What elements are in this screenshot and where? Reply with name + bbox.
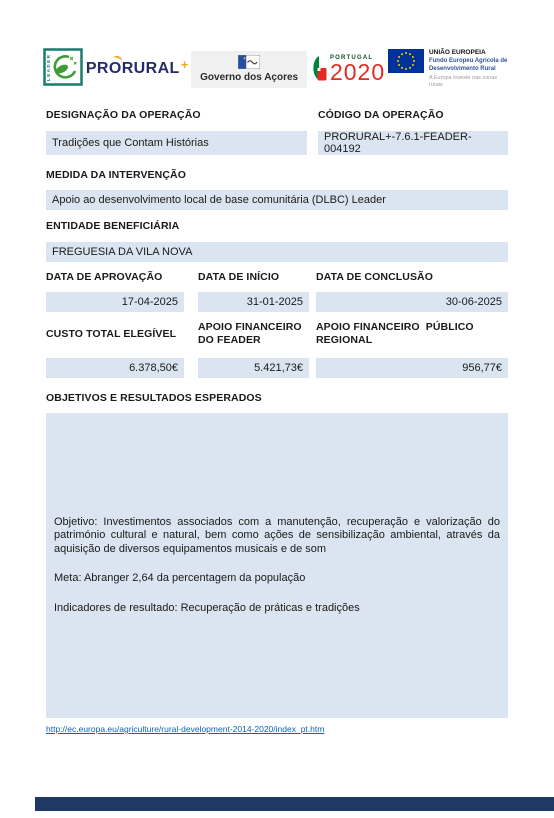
data-aprovacao-label: DATA DE APROVAÇÃO (46, 270, 184, 284)
governo-acores-logo: Governo dos Açores (191, 51, 307, 88)
medida-value: Apoio ao desenvolvimento local de base c… (46, 190, 508, 210)
objetivos-box: Objetivo: Investimentos associados com a… (46, 413, 508, 718)
apoio-feader-value: 5.421,73€ (198, 358, 309, 378)
data-conclusao-value: 30-06-2025 (316, 292, 508, 312)
designacao-value: Tradições que Contam Histórias (46, 131, 307, 155)
document-page: LEADER PRORURAL+ Governo dos Açores (0, 0, 554, 818)
entidade-value: FREGUESIA DA VILA NOVA (46, 242, 508, 262)
portugal-2020-year: 2020 (330, 61, 385, 83)
section-operation: DESIGNAÇÃO DA OPERAÇÃO CÓDIGO DA OPERAÇÃ… (46, 108, 508, 155)
logo-strip: LEADER PRORURAL+ Governo dos Açores (43, 46, 511, 92)
leader-plant-icon: LEADER (43, 48, 83, 86)
section-medida: MEDIDA DA INTERVENÇÃO Apoio ao desenvolv… (46, 168, 508, 210)
entidade-label: ENTIDADE BENEFICIÁRIA (46, 219, 508, 233)
designacao-label: DESIGNAÇÃO DA OPERAÇÃO (46, 108, 307, 122)
codigo-value: PRORURAL+-7.6.1-FEADER-004192 (318, 131, 508, 155)
custo-total-label: CUSTO TOTAL ELEGÍVEL (46, 321, 184, 347)
apoio-regional-value: 956,77€ (316, 358, 508, 378)
data-conclusao-label: DATA DE CONCLUSÃO (316, 270, 508, 284)
azores-flag-icon (238, 55, 260, 69)
leader-logo: LEADER (43, 48, 83, 91)
portugal2020-leaf-icon (310, 55, 327, 83)
apoio-feader-label: APOIO FINANCEIRO DO FEADER (198, 321, 309, 347)
eu-logo: UNIÃO EUROPEIA Fundo Europeu Agrícola de… (388, 49, 511, 89)
eu-tagline: A Europa investe nas zonas rurais (429, 75, 511, 89)
section-financials: CUSTO TOTAL ELEGÍVEL APOIO FINANCEIRO DO… (46, 321, 508, 378)
leader-vertical-text: LEADER (46, 53, 51, 80)
medida-label: MEDIDA DA INTERVENÇÃO (46, 168, 508, 182)
data-inicio-label: DATA DE INÍCIO (198, 270, 309, 284)
prorural-plus: + (181, 59, 189, 71)
governo-acores-label: Governo dos Açores (200, 72, 298, 83)
custo-total-value: 6.378,50€ (46, 358, 184, 378)
eu-title: UNIÃO EUROPEIA (429, 49, 511, 56)
indicadores-paragraph: Indicadores de resultado: Recuperação de… (54, 602, 500, 616)
section-dates: DATA DE APROVAÇÃO DATA DE INÍCIO DATA DE… (46, 270, 508, 312)
section-entidade: ENTIDADE BENEFICIÁRIA FREGUESIA DA VILA … (46, 219, 508, 262)
data-inicio-value: 31-01-2025 (198, 292, 309, 312)
objetivo-paragraph: Objetivo: Investimentos associados com a… (54, 516, 500, 557)
footer-bar (35, 797, 554, 811)
codigo-label: CÓDIGO DA OPERAÇÃO (318, 108, 508, 122)
europa-link[interactable]: http://ec.europa.eu/agriculture/rural-de… (46, 724, 324, 734)
objetivos-label: OBJETIVOS E RESULTADOS ESPERADOS (46, 391, 508, 405)
prorural-wordmark: PRORURAL (86, 59, 180, 79)
eu-flag-icon (388, 49, 424, 73)
portugal-2020-logo: PORTUGAL 2020 (310, 55, 385, 83)
eu-fund-name: Fundo Europeu Agrícola de Desenvolviment… (429, 58, 511, 73)
apoio-regional-label: APOIO FINANCEIRO PÚBLICO REGIONAL (316, 321, 508, 347)
section-objetivos: OBJETIVOS E RESULTADOS ESPERADOS Objetiv… (46, 391, 508, 718)
data-aprovacao-value: 17-04-2025 (46, 292, 184, 312)
prorural-logo: PRORURAL+ (86, 59, 188, 79)
meta-paragraph: Meta: Abranger 2,64 da percentagem da po… (54, 572, 500, 586)
